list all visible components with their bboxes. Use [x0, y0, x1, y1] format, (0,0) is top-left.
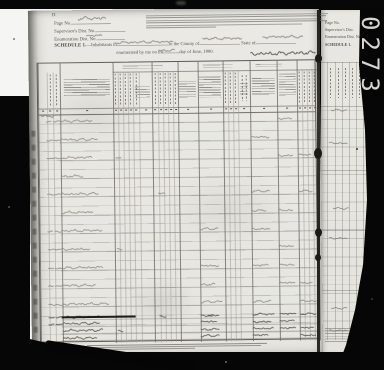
ink-squiggle [158, 49, 174, 51]
dark-row-rule [59, 121, 315, 124]
ink-squiggle [329, 142, 347, 143]
ink-squiggle [116, 157, 122, 158]
ink-squiggle [253, 313, 275, 315]
ink-squiggle [60, 120, 92, 123]
ink-squiggle [252, 228, 271, 230]
ink-squiggle [62, 284, 95, 287]
ink-squiggle [278, 209, 293, 211]
ink-squiggle [61, 192, 98, 195]
ink-squiggle [200, 283, 215, 285]
ink-squiggle [62, 266, 103, 269]
ink-squiggle [200, 301, 222, 304]
ink-squiggle [54, 158, 61, 159]
ink-squiggle [253, 334, 268, 335]
ink-squiggle [279, 245, 294, 247]
ink-squiggle [253, 327, 274, 329]
ink-squiggle [251, 210, 266, 212]
microfilm-census-scan: Page No. Supervisor's Dist. Enumeration … [0, 0, 384, 370]
ink-squiggle [61, 156, 92, 158]
ink-squiggle [49, 317, 55, 318]
dark-row-rule [62, 316, 136, 317]
ink-squiggle [253, 321, 272, 323]
ink-squiggle [41, 114, 60, 117]
ink-squiggle [47, 194, 54, 195]
ink-squiggle [333, 207, 349, 209]
ink-squiggle [63, 322, 100, 325]
ink-squiggle [86, 35, 102, 37]
ink-squiggle [60, 138, 97, 141]
dark-row-rule [62, 331, 318, 334]
film-frame-number: 0273 [360, 16, 380, 98]
ink-squiggle [201, 328, 220, 330]
ink-squiggle [280, 313, 296, 314]
ink-squiggle [279, 282, 295, 283]
dark-row-rule [60, 213, 316, 216]
ink-squiggle [48, 231, 53, 232]
ink-squiggle [251, 190, 270, 192]
ink-squiggle [62, 248, 90, 250]
ink-squiggle [55, 304, 62, 305]
ink-squiggle [250, 51, 315, 56]
ink-squiggle [56, 317, 63, 318]
ink-squiggle [331, 109, 347, 111]
ink-squiggle [55, 249, 62, 250]
ink-squiggle [46, 140, 52, 141]
dark-row-rule [61, 286, 317, 289]
ink-squiggle [55, 286, 62, 287]
ink-squiggle [78, 16, 106, 20]
dust-speck [13, 38, 15, 40]
ink-squiggle [61, 175, 83, 178]
dust-speck [371, 298, 373, 300]
ink-squiggle [201, 334, 220, 337]
ink-squiggle [53, 121, 60, 122]
ink-squiggle [299, 154, 311, 156]
ink-squiggle [301, 313, 317, 315]
ink-squiggle [280, 320, 295, 322]
ink-squiggle [201, 321, 217, 322]
ink-squiggle [277, 118, 292, 120]
dark-row-rule [61, 268, 317, 271]
ink-squiggle [48, 304, 55, 305]
ink-squiggle [55, 268, 62, 269]
ink-squiggle [62, 302, 109, 305]
ink-squiggle [300, 300, 316, 302]
ink-squiggle [158, 193, 165, 194]
ink-squiggle [48, 286, 54, 287]
ink-squiggle [49, 324, 55, 325]
ink-squiggle [114, 40, 173, 43]
ink-squiggle [300, 282, 312, 283]
dark-row-rule [60, 158, 316, 161]
ink-squiggle [299, 190, 312, 192]
ink-squiggle [278, 155, 293, 157]
binding-mark [315, 228, 322, 237]
ink-squiggle [331, 307, 347, 309]
ink-squiggle [56, 324, 63, 325]
film-smudge [176, 1, 186, 5]
dark-row-rule [61, 249, 317, 252]
ink-squiggle [301, 327, 314, 328]
ink-squiggle [53, 140, 60, 141]
ink-squiggle [48, 249, 55, 250]
binding-mark [315, 54, 322, 63]
ink-squiggle [46, 121, 51, 122]
ink-squiggle [280, 327, 296, 329]
binding-mark [314, 148, 322, 159]
film-edge-left [0, 96, 30, 370]
ink-squiggle [61, 211, 93, 214]
census-form-page: D. Page No. Supervisor's Dist. No. Enume… [28, 7, 323, 356]
dark-row-rule [60, 194, 316, 197]
dust-speck [8, 206, 10, 208]
ink-squiggle [63, 336, 97, 339]
ink-squiggle [262, 35, 303, 38]
ink-squiggle [118, 330, 123, 332]
ink-squiggle [160, 316, 167, 318]
dark-row-rule [62, 338, 318, 341]
ink-squiggle [55, 231, 62, 232]
binding-mark [315, 254, 321, 261]
ink-squiggle [200, 265, 219, 267]
dark-row-rule [61, 231, 317, 234]
dust-speck [225, 361, 227, 363]
ink-squiggle [63, 329, 103, 332]
dust-speck [356, 148, 358, 150]
ink-squiggle [329, 330, 348, 332]
ink-squiggle [200, 228, 219, 230]
ink-squiggle [250, 136, 269, 138]
ink-squiggle [279, 264, 295, 265]
ink-squiggle [202, 37, 241, 40]
dark-row-rule [62, 324, 318, 327]
film-edge-top [0, 0, 384, 9]
ink-squiggle [252, 300, 271, 302]
ink-squiggle [47, 158, 54, 159]
ink-squiggle [54, 194, 61, 195]
ink-squiggle [301, 334, 316, 336]
ink-squiggle [62, 229, 102, 232]
ink-squiggle [117, 248, 122, 249]
ink-squiggle [329, 237, 348, 239]
handwriting-overlay [28, 7, 323, 356]
dark-row-rule [60, 140, 316, 143]
ink-squiggle [48, 268, 54, 269]
dark-row-rule [60, 176, 316, 179]
ink-squiggle [252, 264, 268, 266]
